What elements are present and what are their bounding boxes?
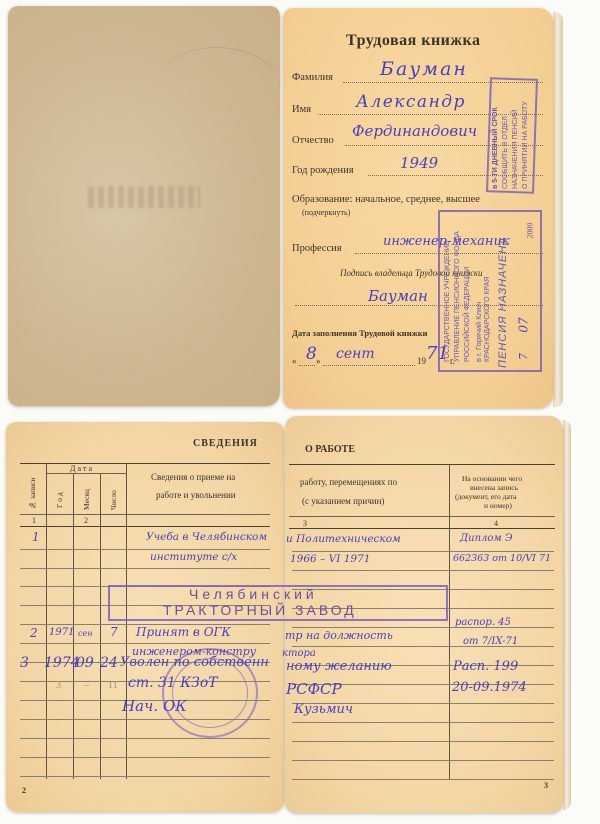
entry-1-no: 1 [32,530,40,544]
pension-stamp-line-5: КРАСНОДАРСКОГО КРАЯ [484,220,491,362]
entry-2-text-right-1: тр на должность [285,629,393,642]
col-basis-line-2: внесена запись [470,483,518,492]
birth-year-label: Год рождения [292,165,354,176]
surname-label: Фамилия [292,72,333,83]
document-title: Трудовая книжка [346,32,480,50]
row-rule [292,760,554,761]
entry-3-month: 09 [76,655,94,671]
row-rule [292,722,554,723]
col-year: Г о д [55,480,64,508]
fill-date-year-prefix: 19 [417,356,426,366]
embossed-title [88,186,200,208]
row-rule [20,757,270,758]
entry-3-text-left-1: Уволен по собственн [120,655,269,670]
row-rule [20,568,270,569]
factory-stamp-line-2: ТРАКТОРНЫЙ ЗАВОД [163,602,357,618]
col-number-2: 2 [84,516,88,525]
col-divider [46,463,47,779]
col-info-right-line-2: (с указанием причин) [302,496,384,506]
right-page-heading: О РАБОТЕ [305,444,355,455]
entry-2-text-right-2: ктора [282,648,316,659]
pension-stamp-line-2: УПРАВЛЕНИЕ ПЕНСИОННОГО ФОНДА [454,220,461,362]
entry-4-month: – [84,680,89,691]
fill-date-label: Дата заполнения Трудовой книжки [292,328,428,338]
entry-3-no: 3 [20,655,29,671]
col-divider [449,464,450,780]
col-number-4: 4 [494,519,498,528]
fill-date-open-quote: « [292,356,297,366]
row-rule [292,627,554,628]
entry-1-basis-2: 662363 от 10/VI 71 [453,553,551,564]
entry-1-text-left-1: Учеба в Челябинском [146,531,267,543]
pension-stamp-year: 2009 [526,223,535,239]
education-label: Образование: начальное, среднее, высшее [292,194,480,205]
col-info-left-line-2: работе и увольнении [156,490,236,500]
col-divider [100,474,101,779]
entry-3-text-left-2: ст. 31 КЗоТ [128,675,218,691]
col-basis-line-1: На основании чего [462,474,522,483]
fill-date-month-line [323,365,415,366]
col-day: Число [109,480,118,510]
entry-3-text-right-3: Кузьмич [294,702,353,717]
pension-stamp-day: 7 [517,353,530,360]
entry-1-basis-1: Диплом Э [460,533,513,544]
page-edge [553,12,563,407]
profession-label: Профессия [292,243,342,254]
row-rule [20,643,270,644]
entry-3-year: 1974 [44,655,80,671]
fill-date-month: сент [336,346,375,362]
fill-date-day-line [299,365,315,366]
cover-inside-page [8,6,280,406]
entry-1-text-right-1: и Политехническом [286,533,401,545]
pension-stamp-main: ПЕНСИЯ НАЗНАЧЕНА [497,220,509,368]
notification-stamp-line-4: О ПРИНЯТИИ НА РАБОТУ [522,84,529,189]
page-number-left: 2 [22,786,26,795]
header-bottom-rule [289,516,555,517]
entry-2-day: 7 [110,625,118,639]
entry-2-month: сен [78,629,92,638]
pension-stamp-line-4: в г. Горячий Ключ [474,220,483,362]
notification-stamp-line-3: НАЗНАЧЕНИЯ ПЕНСИЙ [512,84,519,189]
paper-crease [151,34,280,137]
name-value: Александр [356,92,466,112]
table-top-rule [20,463,270,464]
row-rule [20,549,270,550]
notification-stamp-line-2: СООБЩИТЬ В ОТДЕЛ [502,84,509,189]
factory-stamp-line-1: Челябинский [189,586,318,602]
entry-2-year: 1971 [49,627,74,638]
pension-stamp-line-3: РОССИЙСКОЙ ФЕДЕРАЦИИ [464,220,471,362]
pension-stamp-line-1: ГОСУДАРСТВЕННОЕ УЧРЕЖДЕНИЕ [444,220,451,362]
left-page-heading: СВЕДЕНИЯ [193,438,258,449]
entry-3-text-left-3: Нач. ОК [122,697,187,715]
entry-2-text-left-1: Принят в ОГК [136,625,231,639]
pension-stamp-month: 07 [517,317,531,332]
row-rule [292,570,554,571]
owner-signature-value: Бауман [368,287,428,305]
surname-value: Бауман [380,58,468,80]
colnum-bottom-rule [20,526,270,527]
col-divider [126,463,127,779]
row-rule [292,741,554,742]
table-top-rule [289,464,555,465]
entry-3-text-right-1: ному желанию [286,659,392,674]
col-date-group: Д а т а [70,464,92,473]
col-basis-line-4: и номер) [484,501,512,510]
entry-4-year: 3 [56,680,61,691]
entry-3-basis-2: 20-09.1974 [452,680,527,695]
header-bottom-rule [20,514,270,515]
col-month: Месяц [82,478,91,510]
notification-stamp-line-1: в 5-ТИ ДНЕВНЫЙ СРОК [492,84,499,189]
col-number-3: 3 [303,519,307,528]
entry-3-basis-1: Расп. 199 [453,659,518,674]
date-group-rule [47,473,126,474]
colnum-bottom-rule [289,528,555,529]
col-number-1: 1 [32,516,36,525]
entry-3-text-right-2: РСФСР [286,680,342,698]
entry-2-no: 2 [30,626,38,640]
row-rule [20,776,270,777]
entry-3-day: 24 [100,655,118,671]
col-basis-line-3: (документ, его дата [455,492,516,501]
col-info-left-line-1: Сведения о приеме на [151,472,235,482]
row-rule [292,779,554,780]
page-edge [563,420,571,810]
patronymic-label: Отчество [292,135,334,146]
page-number-right: 3 [544,781,548,790]
education-hint: (подчеркнуть) [302,208,350,217]
entry-2-basis-1: распор. 45 [455,617,511,628]
name-label: Имя [292,104,311,115]
entry-1-text-right-2: 1966 – VI 1971 [290,553,370,565]
col-record-no: № записи [28,470,37,510]
entry-4-day: 11 [108,680,118,691]
entry-1-text-left-2: институте с/х [150,551,237,563]
row-rule [20,738,270,739]
fill-date-close-quote: » [316,356,321,366]
entry-2-basis-2: от 7/IX-71 [463,636,518,647]
birth-year-value: 1949 [400,154,438,172]
patronymic-value: Фердинандович [352,122,477,140]
row-rule [292,551,554,552]
col-info-right-line-1: работу, перемещениях по [300,477,397,487]
